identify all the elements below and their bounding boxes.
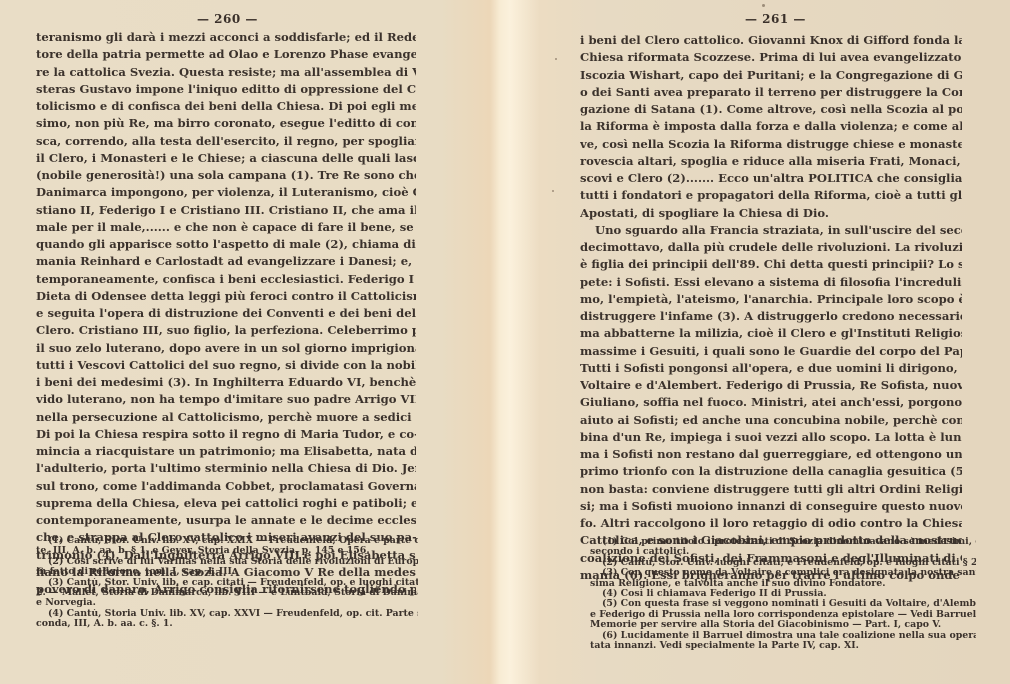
footnote-line: secondo i cattolici.: [590, 547, 976, 557]
text-line: massime i Gesuiti, i quali sono le Guard…: [580, 343, 962, 360]
text-line: l'adulterio, porta l'ultimo sterminio ne…: [36, 460, 416, 477]
text-line: bina d'un Re, impiega i suoi vezzi allo …: [580, 429, 962, 446]
text-line: il Clero, i Monasteri e le Chiese; a cia…: [36, 150, 416, 167]
text-line: ma abbatterne la milizia, cioè il Clero …: [580, 325, 962, 342]
text-line: gazione di Satana (1). Come altrove, cos…: [580, 101, 962, 118]
footnote-line: Memorie per servire alla Storia del Giac…: [590, 620, 976, 630]
text-line: re la cattolica Svezia. Questa resiste; …: [36, 64, 416, 81]
text-line: teranismo gli darà i mezzi acconci a sod…: [36, 29, 416, 46]
book-spread: — 260 — teranismo gli darà i mezzi accon…: [0, 0, 1010, 684]
ink-speck: [555, 58, 557, 60]
text-line: tolicismo e di confisca dei beni della C…: [36, 98, 416, 115]
footnote-line: sima Religione, e talvolta anche il suo …: [590, 579, 976, 589]
text-line: simo, non più Re, ma birro coronato, ese…: [36, 115, 416, 132]
footnote-line: (6) Lucidamente il Barruel dimostra una …: [590, 631, 976, 641]
text-line: vido luterano, non ha tempo d'imitare su…: [36, 391, 416, 408]
footnote-line: (5) Con questa frase si veggono nominati…: [590, 599, 976, 609]
text-line: steras Gustavo impone l'iniquo editto di…: [36, 81, 416, 98]
text-line: è figlia dei principii dell'89. Chi dett…: [580, 256, 962, 273]
text-line: Clero. Cristiano III, suo figlio, la per…: [36, 322, 416, 339]
footnote-line: (1) Col primo titolo i protestanti di Sc…: [590, 537, 976, 547]
footnote-line: (4) Così li chiamava Federigo II di Prus…: [590, 589, 976, 599]
text-line: decimottavo, dalla più crudele delle riv…: [580, 239, 962, 256]
text-line: mincia a riacquistare un patrimonio; ma …: [36, 443, 416, 460]
text-line: Danimarca impongono, per violenza, il Lu…: [36, 184, 416, 201]
text-line: scovi e Clero (2)....... Ecco un'altra P…: [580, 170, 962, 187]
text-line: e seguita l'opera di distruzione dei Con…: [36, 305, 416, 322]
text-line: sca, correndo, alla testa dell'esercito,…: [36, 133, 416, 150]
text-line: stiano II, Federigo I e Cristiano III. C…: [36, 202, 416, 219]
text-line: si; ma i Sofisti muoiono innanzi di cons…: [580, 498, 962, 515]
footnote-line: (4) Cantù, Storia Univ. lib. XV, cap. XX…: [36, 609, 418, 619]
footnote-line: (1) Cantù, Stor. Univ. lib. XV, cap. XXI…: [36, 536, 418, 546]
text-line: Dieta di Odensee detta leggi più feroci …: [36, 288, 416, 305]
footnote-line: in fatto di religione, tom. I, cap. I, I…: [36, 567, 418, 577]
text-line: Chiesa riformata Scozzese. Prima di lui …: [580, 49, 962, 66]
text-line: mo, l'empietà, l'ateismo, l'anarchia. Pr…: [580, 291, 962, 308]
text-line: temporaneamente, confisca i beni ecclesi…: [36, 271, 416, 288]
footnote-line: te, III, A. b. aa. b. § 1, e Geyer, Stor…: [36, 546, 418, 556]
text-line: Apostati, di spogliare la Chiesa di Dio.: [580, 205, 962, 222]
text-line: i beni dei medesimi (3). In Inghilterra …: [36, 374, 416, 391]
text-line: sul trono, come l'addimanda Cobbet, proc…: [36, 478, 416, 495]
text-line: nella persecuzione al Cattolicismo, perc…: [36, 409, 416, 426]
text-line: (nobile generosità!) una sola campana (1…: [36, 167, 416, 184]
footnotes: (1) Col primo titolo i protestanti di Sc…: [590, 537, 976, 651]
text-line: aiuto ai Sofisti; ed anche una concubina…: [580, 412, 962, 429]
footnote-line: 2. — Mallet, Storia di Danimarca, lib. V…: [36, 588, 418, 598]
text-line: distruggere l'infame (3). A distruggerlo…: [580, 308, 962, 325]
text-line: Tutti i Sofisti pongonsi all'opera, e du…: [580, 360, 962, 377]
ink-speck: [552, 190, 554, 192]
text-line: i beni del Clero cattolico. Giovanni Kno…: [580, 32, 962, 49]
body-text: i beni del Clero cattolico. Giovanni Kno…: [580, 32, 962, 584]
text-line: il suo zelo luterano, dopo avere in un s…: [36, 340, 416, 357]
text-line: tore della patria permette ad Olao e Lor…: [36, 46, 416, 63]
text-line: primo trionfo con la distruzione della c…: [580, 463, 962, 480]
text-line: Iscozia Wishart, capo dei Puritani; e la…: [580, 67, 962, 84]
text-line: Giuliano, soffia nel fuoco. Ministri, at…: [580, 394, 962, 411]
page-number: — 260 —: [197, 12, 258, 26]
text-line: quando gli apparisce sotto l'aspetto di …: [36, 236, 416, 253]
footnote-line: (2) Cantù, Stor. Univ. luoghi citati, e …: [590, 558, 976, 568]
left-page: — 260 — teranismo gli darà i mezzi accon…: [0, 0, 500, 684]
text-line: tutti i fondatori e propagatori della Ri…: [580, 187, 962, 204]
footnote-line: (2) Così scrive di lui Varillas nella su…: [36, 557, 418, 567]
text-line: Di poi la Chiesa respira sotto il regno …: [36, 426, 416, 443]
text-line: tutti i Vescovi Cattolici del suo regno,…: [36, 357, 416, 374]
footnote-line: conda, III, A. b. aa. c. §. 1.: [36, 619, 418, 629]
footnote-line: e Federigo di Prussia nella loro corrisp…: [590, 610, 976, 620]
text-line: Uno sguardo alla Francia straziata, in s…: [580, 222, 962, 239]
text-line: suprema della Chiesa, eleva pei cattolic…: [36, 495, 416, 512]
footnotes: (1) Cantù, Stor. Univ. lib. XV, cap. XXI…: [36, 536, 418, 630]
text-line: rovescia altari, spoglia e riduce alla m…: [580, 153, 962, 170]
ink-speck: [762, 4, 765, 7]
text-line: male per il male,...... e che non è capa…: [36, 219, 416, 236]
footnote-line: e Norvegia.: [36, 598, 418, 608]
text-line: fo. Altri raccolgono il loro retaggio di…: [580, 515, 962, 532]
text-line: Voltaire e d'Alembert. Federigo di Pruss…: [580, 377, 962, 394]
text-line: ma i Sofisti non restano dal guerreggiar…: [580, 446, 962, 463]
text-line: ve, così nella Scozia la Riforma distrug…: [580, 136, 962, 153]
text-line: non basta: conviene distruggere tutti gl…: [580, 481, 962, 498]
footnote-line: (3) Cantù, Stor. Univ. lib. e cap. citat…: [36, 578, 418, 588]
text-line: contemporaneamente, usurpa le annate e l…: [36, 512, 416, 529]
body-text: teranismo gli darà i mezzi acconci a sod…: [36, 29, 416, 598]
text-line: la Riforma è imposta dalla forza e dalla…: [580, 118, 962, 135]
footnote-line: (3) Con questo nome da Voltaire e compli…: [590, 568, 976, 578]
page-number: — 261 —: [745, 12, 806, 26]
right-page: — 261 — i beni del Clero cattolico. Giov…: [505, 0, 1010, 684]
text-line: mania Reinhard e Carlostadt ad evangeliz…: [36, 253, 416, 270]
text-line: pete: i Sofisti. Essi elevano a sistema …: [580, 274, 962, 291]
footnote-line: tata innanzi. Vedi specialmente la Parte…: [590, 641, 976, 651]
text-line: o dei Santi avea preparato il terreno pe…: [580, 84, 962, 101]
